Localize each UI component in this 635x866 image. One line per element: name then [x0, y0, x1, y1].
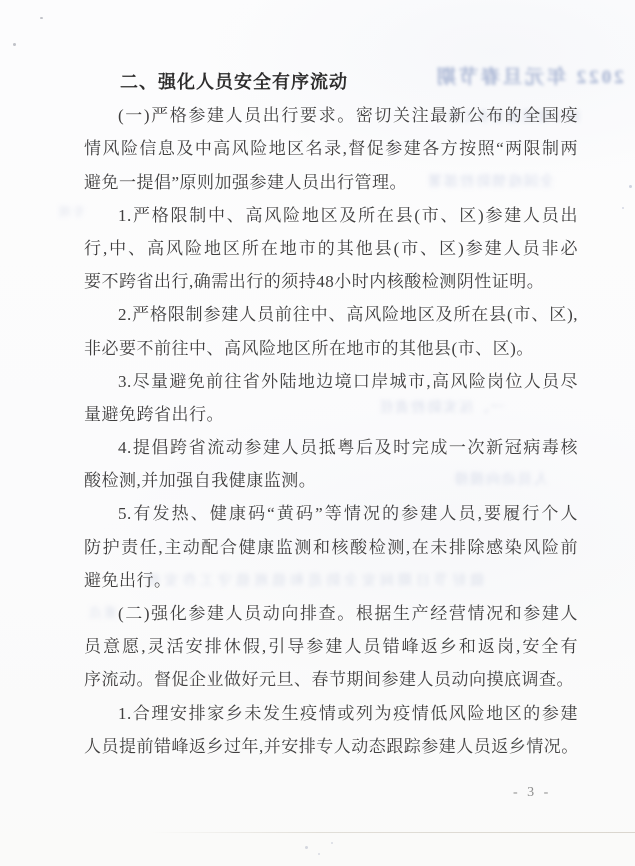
doc-line: (二)强化参建人员动向排查。根据生产经营情况和参建人: [84, 597, 578, 630]
doc-line: 2.严格限制参建人员前往中、高风险地区及所在县(市、区),: [84, 298, 578, 331]
doc-line: 1.合理安排家乡未发生疫情或列为疫情低风险地区的参建: [84, 697, 578, 730]
scan-speck: [318, 853, 320, 855]
bleed-through-text: 专项: [57, 203, 85, 220]
doc-line: 行,中、高风险地区所在地市的其他县(市、区)参建人员非必: [84, 232, 578, 265]
doc-line: 避免一提倡”原则加强参建人员出行管理。: [84, 166, 578, 199]
paper-background: 2022 年元旦春节期 间工程质量安全工作 全国疫情防控部署 一、压实防控责任 …: [0, 0, 635, 866]
scan-speck: [331, 842, 333, 844]
doc-line: 3.尽量避免前往省外陆地边境口岸城市,高风险岗位人员尽: [84, 365, 578, 398]
doc-line: 要不跨省出行,确需出行的须持48小时内核酸检测阴性证明。: [84, 265, 578, 298]
doc-line: 人员提前错峰返乡过年,并安排专人动态跟踪参建人员返乡情况。: [84, 730, 578, 763]
scan-speck: [305, 846, 308, 849]
scanned-document-page: { "document": { "heading": "二、强化人员安全有序流动…: [0, 0, 635, 866]
doc-line: 情风险信息及中高风险地区名录,督促参建各方按照“两限制两: [84, 132, 578, 165]
doc-line: 4.提倡跨省流动参建人员抵粤后及时完成一次新冠病毒核: [84, 431, 578, 464]
doc-line: 序流动。督促企业做好元旦、春节期间参建人员动向摸底调查。: [84, 663, 578, 696]
doc-line: 1.严格限制中、高风险地区及所在县(市、区)参建人员出: [84, 199, 578, 232]
scan-speck: [629, 185, 632, 188]
section-heading: 二、强化人员安全有序流动: [84, 66, 578, 99]
doc-line: 酸检测,并加强自我健康监测。: [84, 464, 578, 497]
doc-line: 避免出行。: [84, 564, 578, 597]
document-body: 二、强化人员安全有序流动 (一)严格参建人员出行要求。密切关注最新公布的全国疫 …: [84, 66, 578, 763]
doc-line: 非必要不前往中、高风险地区所在地市的其他县(市、区)。: [84, 332, 578, 365]
page-number: - 3 -: [513, 785, 551, 801]
doc-line: (一)严格参建人员出行要求。密切关注最新公布的全国疫: [84, 99, 578, 132]
doc-line: 5.有发热、健康码“黄码”等情况的参建人员,要履行个人: [84, 497, 578, 530]
doc-line: 员意愿,灵活安排休假,引导参建人员错峰返乡和返岗,安全有: [84, 630, 578, 663]
scan-speck: [13, 43, 16, 46]
doc-line: 防护责任,主动配合健康监测和核酸检测,在未排除感染风险前: [84, 531, 578, 564]
doc-line: 量避免跨省出行。: [84, 398, 578, 431]
scan-speck: [622, 207, 624, 209]
scan-speck: [40, 17, 43, 19]
faint-scan-line: [150, 832, 635, 833]
